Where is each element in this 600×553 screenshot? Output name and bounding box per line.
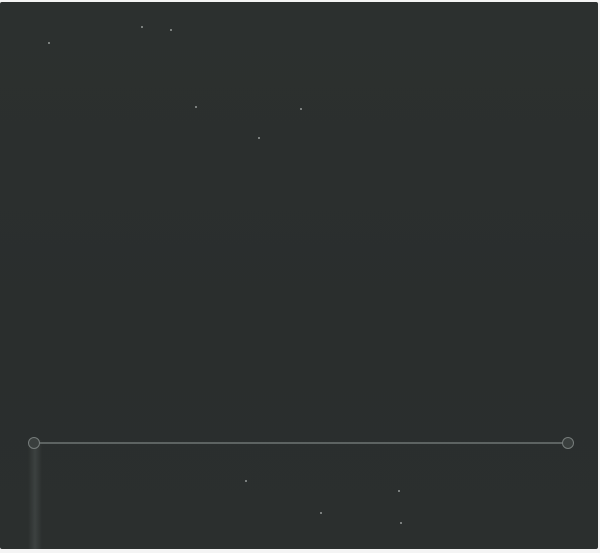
right-rivet-icon [562,437,574,449]
dark-panel [0,2,598,549]
horizontal-line [34,442,568,444]
left-rivet-icon [28,437,40,449]
